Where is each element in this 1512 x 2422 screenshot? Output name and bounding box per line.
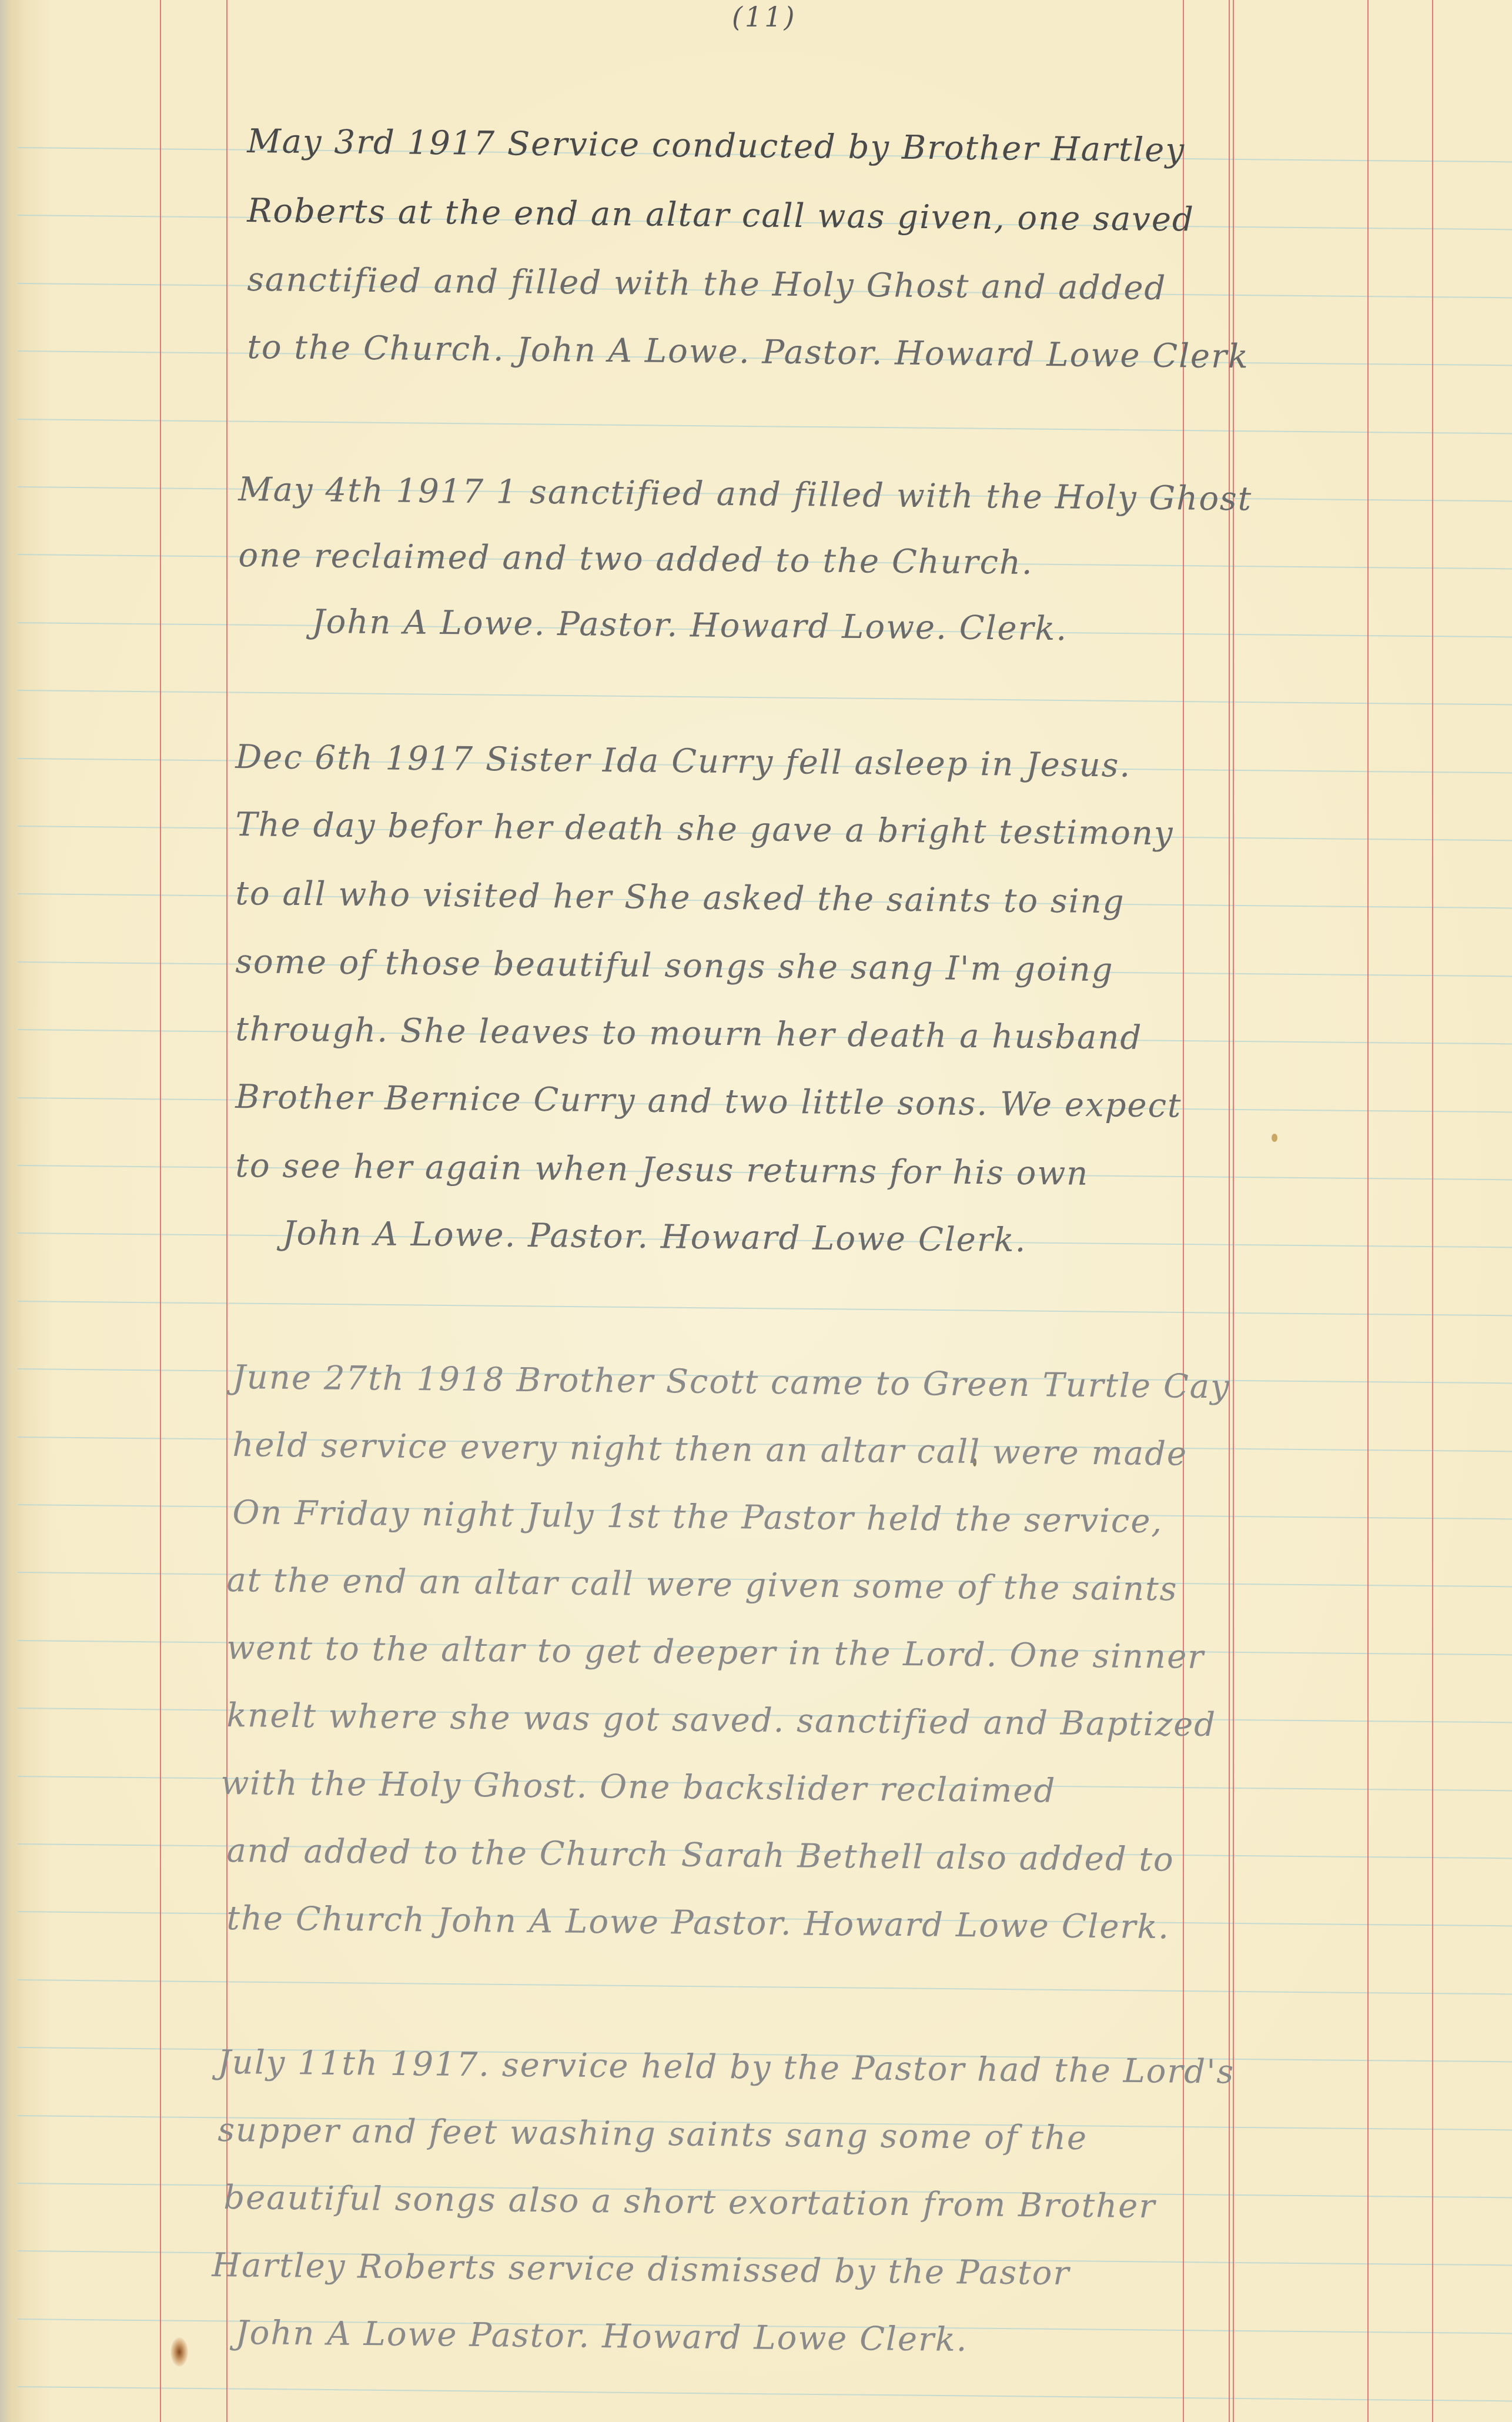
entry-line: Dec 6th 1917 Sister Ida Curry fell aslee… xyxy=(235,738,1132,785)
entry-line: Roberts at the end an altar call was giv… xyxy=(247,192,1195,239)
page-binding-edge xyxy=(0,0,18,2422)
entry-line: went to the altar to get deeper in the L… xyxy=(226,1629,1205,1676)
entry-line: sanctified and filled with the Holy Ghos… xyxy=(247,260,1167,308)
entry-line: and added to the Church Sarah Bethell al… xyxy=(226,1832,1175,1879)
entry-line: Brother Bernice Curry and two little son… xyxy=(235,1078,1182,1125)
entry-signature: John A Lowe. Pastor. Howard Lowe Clerk. xyxy=(282,1214,1027,1260)
entry-line: July 11th 1917. service held by the Past… xyxy=(218,2043,1235,2092)
entry-line: held service every night then an altar c… xyxy=(232,1426,1187,1474)
entry-line: to see her again when Jesus returns for … xyxy=(235,1147,1089,1193)
ruled-line xyxy=(18,419,1512,435)
ink-stain xyxy=(170,2337,188,2367)
entry-line: The day befor her death she gave a brigh… xyxy=(235,806,1174,853)
margin-rule-left-outer xyxy=(160,0,161,2422)
column-rule-4 xyxy=(1432,0,1433,2422)
ruled-line xyxy=(18,1301,1512,1317)
entry-line: Hartley Roberts service dismissed by the… xyxy=(212,2246,1071,2293)
entry-line: May 4th 1917 1 sanctified and filled wit… xyxy=(238,470,1253,519)
entry-line: to the Church. John A Lowe. Pastor. Howa… xyxy=(247,328,1249,376)
entry-signature: John A Lowe. Pastor. Howard Lowe. Clerk. xyxy=(312,603,1068,648)
foxing-spot xyxy=(1272,1134,1277,1142)
ruled-line xyxy=(18,1979,1512,1995)
entry-line: May 3rd 1917 Service conducted by Brothe… xyxy=(247,122,1185,169)
page-number: (11) xyxy=(732,1,797,33)
entry-line: supper and feet washing saints sang some… xyxy=(218,2111,1088,2157)
entry-line: beautiful songs also a short exortation … xyxy=(223,2179,1156,2226)
entry-signature: the Church John A Lowe Pastor. Howard Lo… xyxy=(226,1899,1170,1946)
entry-line: On Friday night July 1st the Pastor held… xyxy=(232,1494,1163,1541)
entry-line: at the end an altar call were given some… xyxy=(226,1561,1178,1609)
entry-line: some of those beautiful songs she sang I… xyxy=(235,943,1114,989)
entry-line: June 27th 1918 Brother Scott came to Gre… xyxy=(232,1358,1230,1406)
entry-line: knelt where she was got saved. sanctifie… xyxy=(226,1696,1216,1744)
ruled-line xyxy=(18,690,1512,706)
entry-line: through. She leaves to mourn her death a… xyxy=(235,1010,1143,1057)
column-rule-3 xyxy=(1367,0,1369,2422)
entry-line: one reclaimed and two added to the Churc… xyxy=(238,536,1033,582)
entry-signature: John A Lowe Pastor. Howard Lowe Clerk. xyxy=(235,2314,968,2359)
ruled-line xyxy=(18,2386,1512,2402)
entry-line: to all who visited her She asked the sai… xyxy=(235,874,1125,921)
entry-line: with the Holy Ghost. One backslider recl… xyxy=(220,1764,1056,1810)
